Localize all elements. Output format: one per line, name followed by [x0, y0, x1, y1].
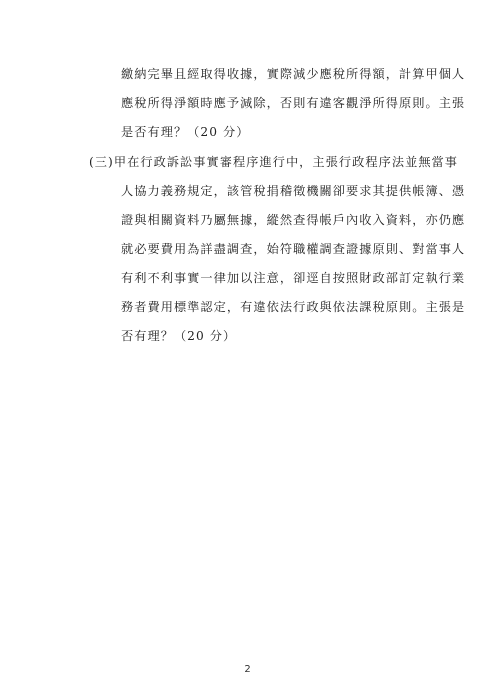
text-line: 就必要費用為詳盡調查，始符職權調查證據原則、對當事人 — [121, 241, 465, 257]
text-line: 繳納完畢且經取得收據，實際減少應稅所得額，計算甲個人 — [121, 66, 465, 82]
list-item-three-first-line: (三)甲在行政訴訟事實審程序進行中，主張行政程序法並無當事 — [89, 154, 458, 170]
page-number: 2 — [0, 664, 495, 675]
text-line: 否有理？（20 分） — [121, 328, 236, 344]
text-line: 務者費用標準認定，有違依法行政與依法課稅原則。主張是 — [121, 299, 465, 315]
text-line: 甲在行政訴訟事實審程序進行中，主張行政程序法並無當事 — [114, 155, 458, 169]
text-line: 是否有理？（20 分） — [121, 124, 249, 140]
text-line: 證與相關資料乃屬無據，縱然查得帳戶內收入資料，亦仍應 — [121, 212, 465, 228]
text-line: 人協力義務規定，該管稅捐稽徵機關卻要求其提供帳簿、憑 — [121, 183, 465, 199]
list-marker: (三) — [89, 155, 114, 169]
document-page: 繳納完畢且經取得收據，實際減少應稅所得額，計算甲個人 應稅所得淨額時應予減除，否… — [0, 0, 495, 700]
text-line: 應稅所得淨額時應予減除，否則有違客觀淨所得原則。主張 — [121, 95, 465, 111]
text-line: 有利不利事實一律加以注意，卻逕自按照財政部訂定執行業 — [121, 270, 465, 286]
